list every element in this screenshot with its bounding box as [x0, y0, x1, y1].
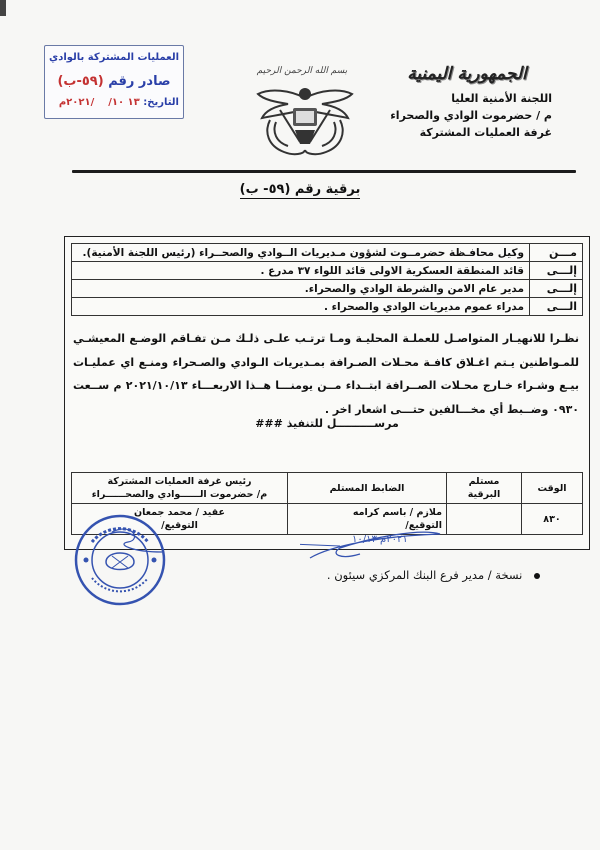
telegram-body-frame: مـــن وكيل محافـظة حضرمــوت لشؤون مـديري…: [64, 236, 590, 550]
addressing-row-from: مـــن وكيل محافـظة حضرمــوت لشؤون مـديري…: [72, 244, 583, 262]
stamp-date: التاريخ: ١٣ ١٠/ /٢٠٢١م: [45, 97, 179, 108]
stamp-number-value: (٥٩-ب): [57, 74, 103, 89]
letterhead-line-2: م / حضرموت الوادي والصحراء: [372, 107, 562, 124]
letterhead: الجمهورية اليمنية اللجنة الأمنية العليا …: [372, 64, 562, 141]
to-value: مدراء عموم مديريات الوادي والصحراء .: [72, 298, 530, 316]
outgoing-stamp: العمليات المشتركة بالوادي والصحراء صادر …: [44, 45, 184, 119]
header-time: الوقت: [522, 473, 583, 504]
scan-edge: [0, 0, 6, 16]
addressing-row-to: إلـــى قائد المنطقة العسكرية الاولى قائد…: [72, 262, 583, 280]
signature-table-header: الوقت مستلم البرقية الضابط المستلم رئيس …: [72, 473, 583, 504]
to-label: إلـــى: [530, 280, 583, 298]
eagle-emblem-icon: [250, 80, 360, 160]
header-telegram-receiver: مستلم البرقية: [447, 473, 522, 504]
telegram-title: برقية رقم (٥٩- ب): [200, 182, 400, 197]
telegram-title-text: برقية رقم (٥٩- ب): [240, 182, 361, 199]
stamp-date-month: ١٠/: [108, 97, 124, 108]
official-round-stamp-icon: [72, 512, 168, 608]
to-value: قائد المنطقة العسكرية الاولى قائد اللواء…: [72, 262, 530, 280]
value-time: ٨٣٠: [522, 504, 583, 535]
basmala: بسم الله الرحمن الرحيم: [252, 66, 352, 76]
letterhead-line-1: اللجنة الأمنية العليا: [372, 90, 562, 107]
stamp-date-label: التاريخ: [147, 97, 179, 108]
copy-recipient-text: نسخة / مدير فرع البنك المركزي سيئون .: [327, 568, 522, 582]
stamp-issuer: العمليات المشتركة بالوادي والصحراء: [45, 52, 179, 63]
signature-date: ٢٠٢١م ١٠/١٣: [352, 534, 408, 545]
header-room-head: رئيس غرفة العمليات المشتركة م/ حضرموت ال…: [72, 473, 288, 504]
signature-scribble: ٢٠٢١م ١٠/١٣: [300, 518, 450, 568]
telegram-body-text: نظـرا للانهيـار المتواصـل للعملـة المحلي…: [73, 327, 579, 421]
stamp-outgoing-number: صادر رقم (٥٩-ب): [45, 74, 183, 89]
dispatch-note: مرســــــــــل للتنفيذ ###: [65, 417, 589, 430]
header-divider: [72, 170, 576, 173]
addressing-row-to: الـــى مدراء عموم مديريات الوادي والصحرا…: [72, 298, 583, 316]
addressing-row-to: إلـــى مدير عام الامن والشرطة الوادي وال…: [72, 280, 583, 298]
stamp-date-year: /٢٠٢١م: [59, 97, 94, 108]
stamp-number-label: صادر رقم: [108, 74, 170, 89]
country-name: الجمهورية اليمنية: [372, 64, 562, 84]
from-label: مـــن: [530, 244, 583, 262]
from-value: وكيل محافـظة حضرمــوت لشؤون مـديريات الـ…: [72, 244, 530, 262]
value-telegram-receiver: [447, 504, 522, 535]
to-value: مدير عام الامن والشرطة الوادي والصحراء.: [72, 280, 530, 298]
stamp-date-day: ١٣: [128, 97, 140, 108]
letterhead-line-3: غرفة العمليات المشتركة: [372, 124, 562, 141]
header-receiving-officer: الضابط المستلم: [288, 473, 447, 504]
room-head-title: رئيس غرفة العمليات المشتركة: [76, 475, 283, 488]
to-label: إلـــى: [530, 262, 583, 280]
addressing-table: مـــن وكيل محافـظة حضرمــوت لشؤون مـديري…: [71, 243, 583, 316]
bullet-icon: [534, 573, 540, 579]
room-head-unit: م/ حضرموت الــــــوادي والصحــــــراء: [76, 488, 283, 501]
copy-recipient-note: نسخة / مدير فرع البنك المركزي سيئون .: [240, 568, 540, 582]
to-label: الـــى: [530, 298, 583, 316]
